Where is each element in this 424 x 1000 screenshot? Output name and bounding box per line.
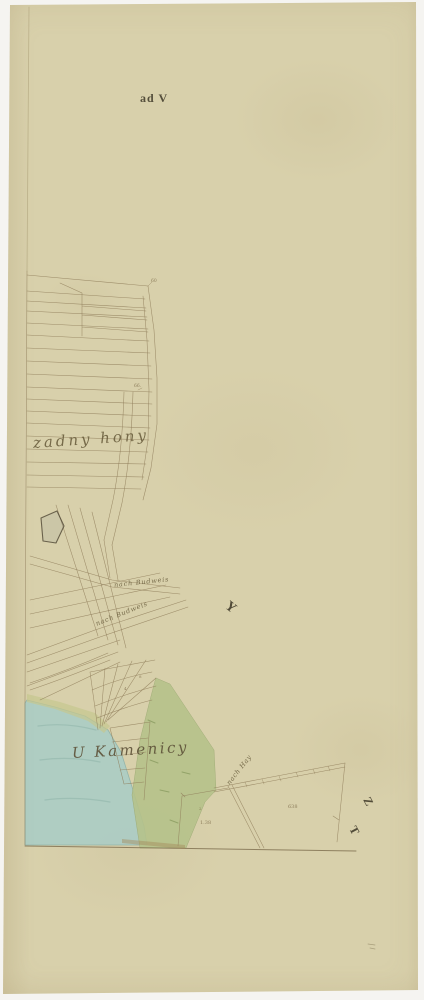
paper-crease — [27, 7, 29, 271]
garden-plot — [41, 511, 64, 543]
bottom-border-line — [25, 846, 356, 851]
scanned-map-sheet: ad V zadny hony nach Budweis nach Budwei… — [0, 0, 424, 1000]
map-drawing — [0, 0, 424, 1000]
meadow-shape — [132, 678, 216, 848]
corner-notation — [368, 944, 375, 949]
pond-shape — [25, 700, 147, 845]
